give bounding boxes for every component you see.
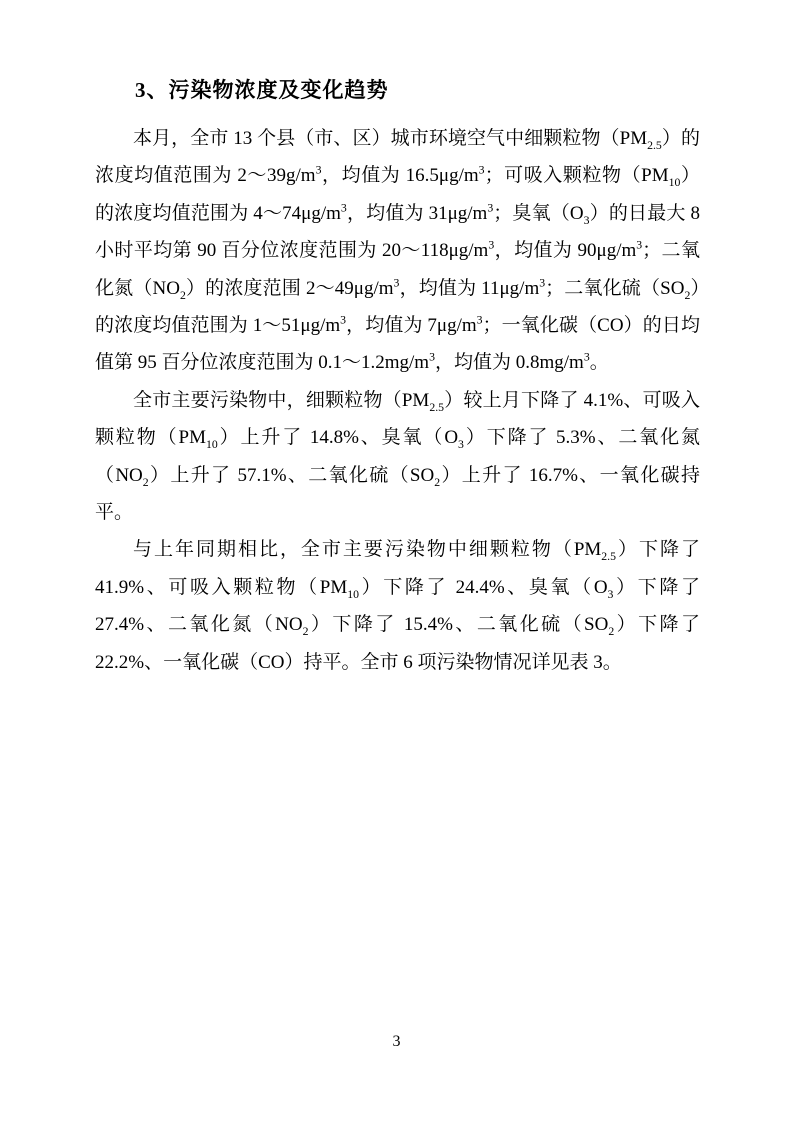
document-page: 3、污染物浓度及变化趋势 本月，全市 13 个县（市、区）城市环境空气中细颗粒物… [0,0,793,1122]
page-number: 3 [0,1032,793,1052]
paragraph-year-over-year-changes: 与上年同期相比，全市主要污染物中细颗粒物（PM2.5）下降了 41.9%、可吸入… [95,531,700,681]
paragraph-pollutant-concentrations: 本月，全市 13 个县（市、区）城市环境空气中细颗粒物（PM2.5）的浓度均值范… [95,120,700,382]
section-heading: 3、污染物浓度及变化趋势 [135,76,700,105]
paragraph-month-over-month-changes: 全市主要污染物中，细颗粒物（PM2.5）较上月下降了 4.1%、可吸入颗粒物（P… [95,382,700,532]
